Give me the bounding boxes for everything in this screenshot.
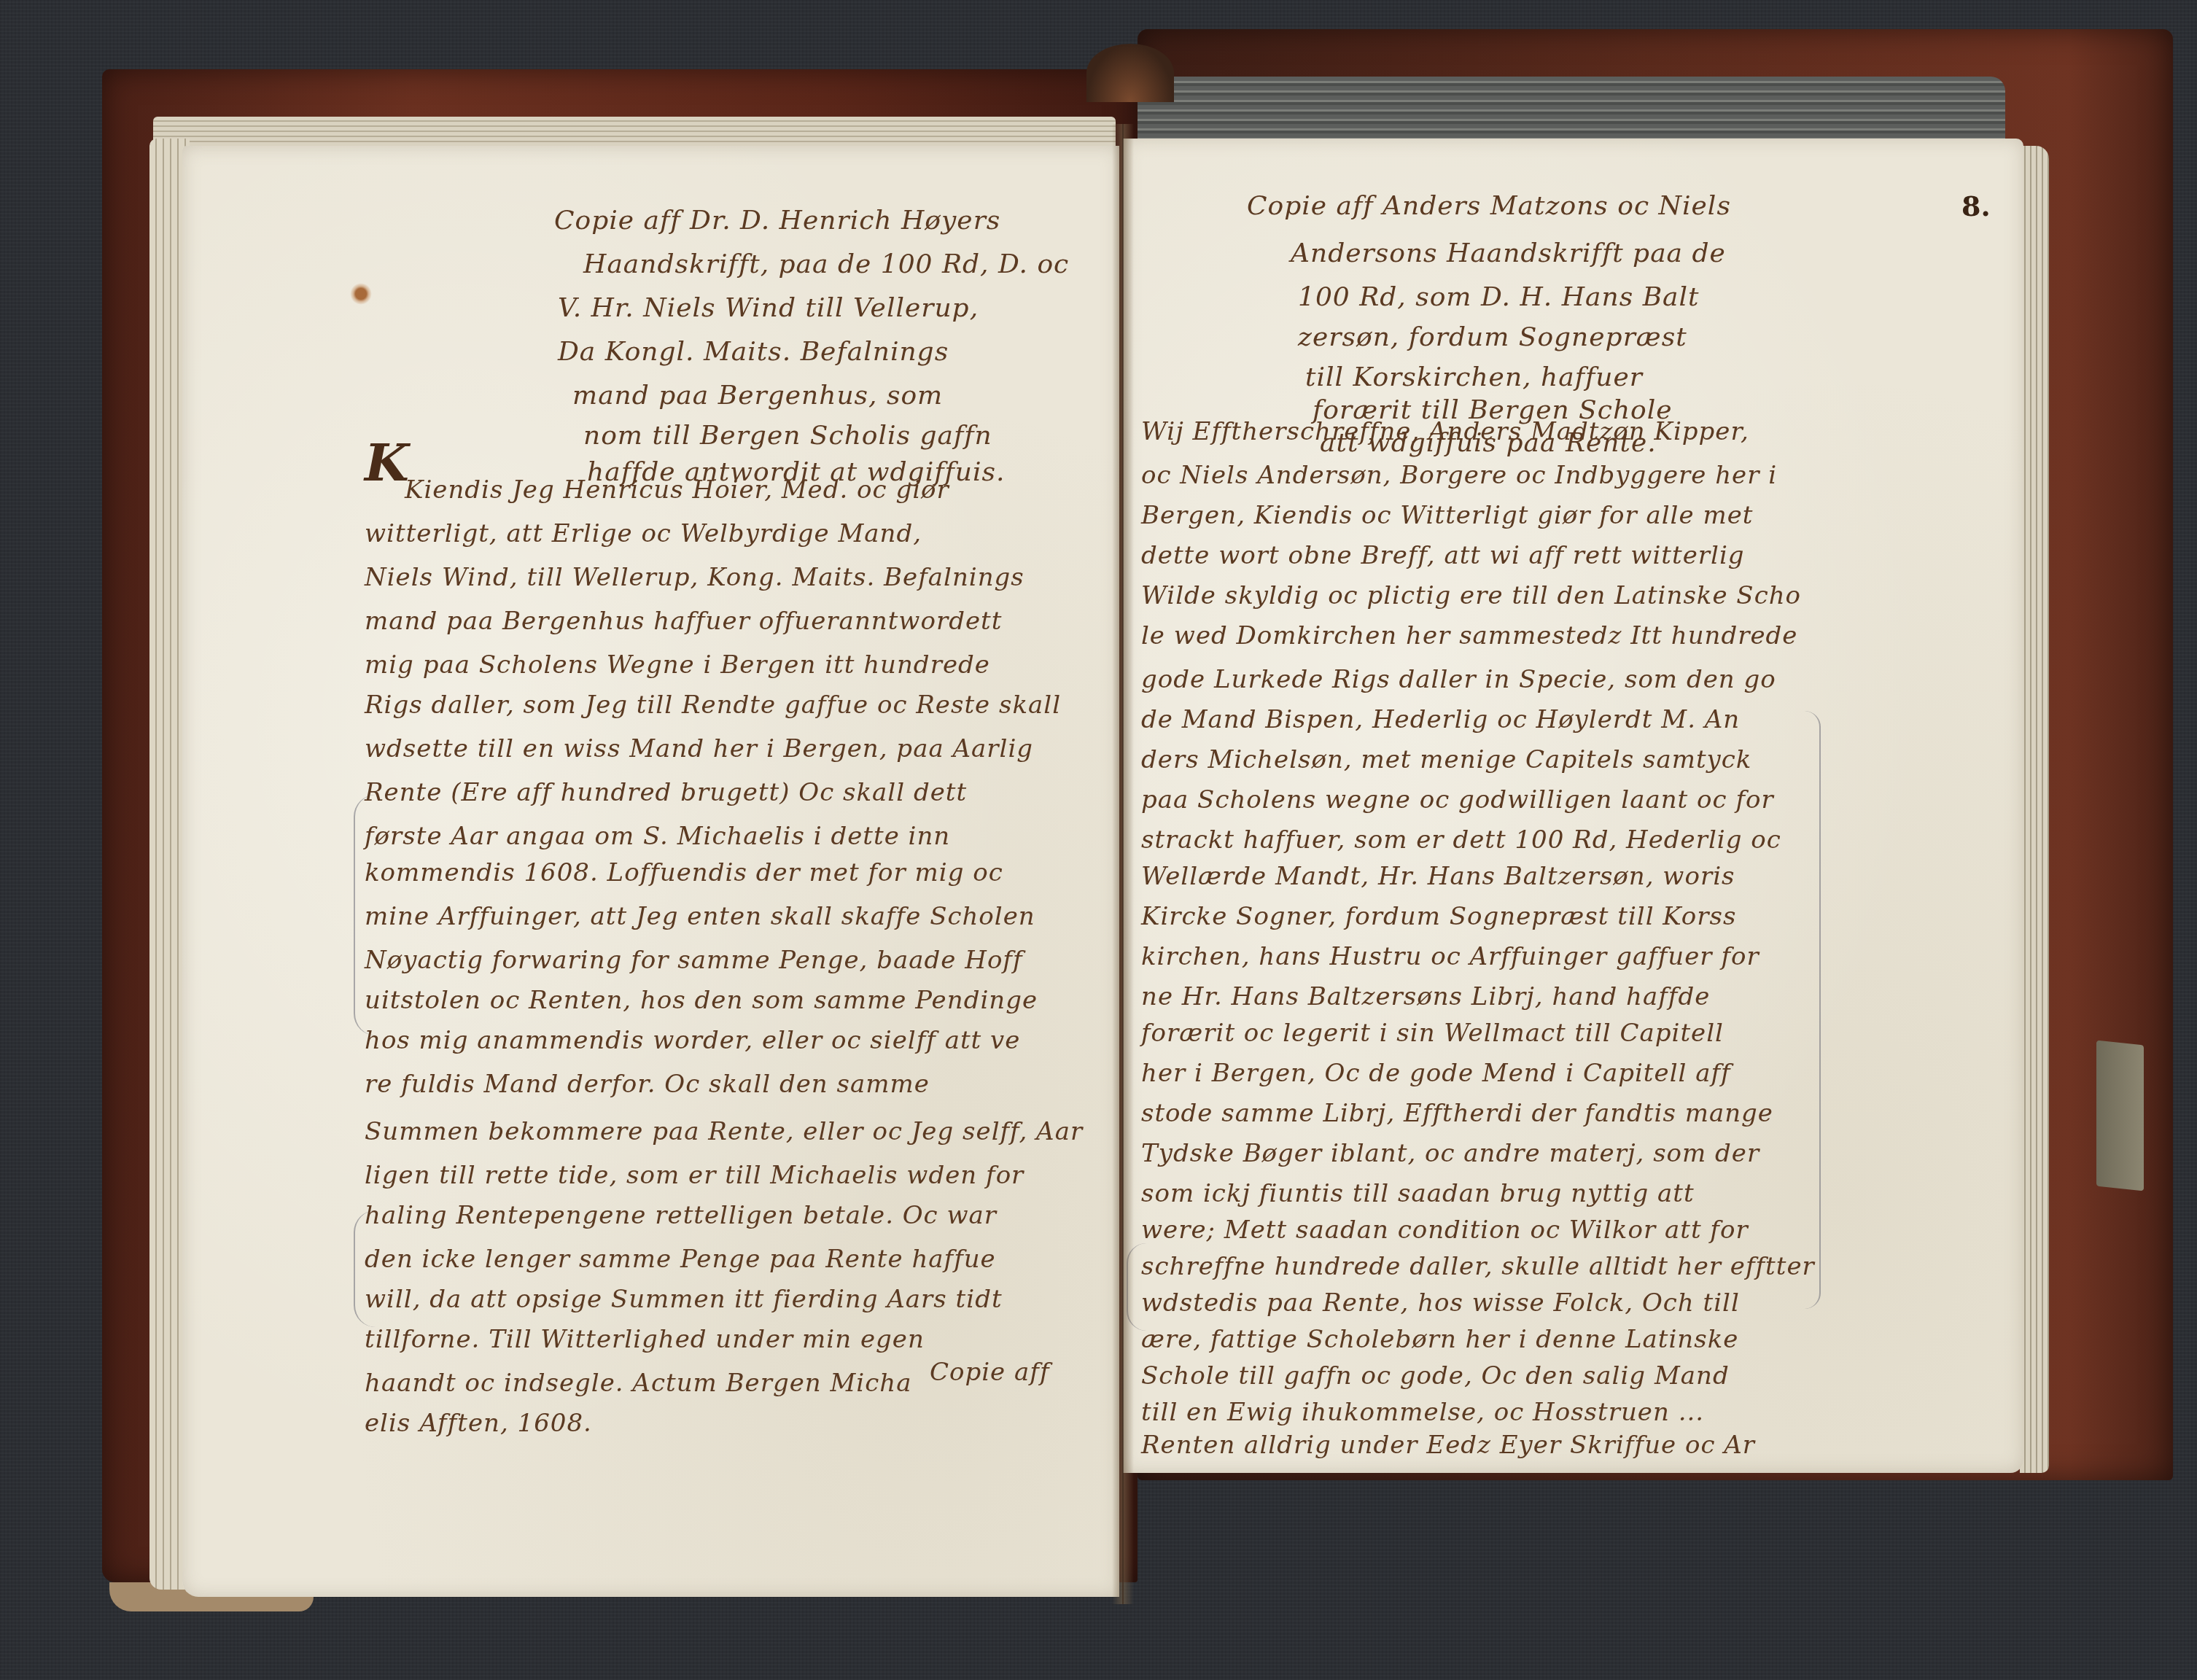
heading-line: nom till Bergen Scholis gaffn xyxy=(583,423,992,449)
heading-line: mand paa Bergenhus, som xyxy=(572,383,943,409)
body-line: ligen till rette tide, som er till Micha… xyxy=(365,1163,1024,1188)
body-line: hos mig anammendis worder, eller oc siel… xyxy=(365,1028,1020,1053)
foxing-stain xyxy=(350,283,372,305)
body-line: wdstedis paa Rente, hos wisse Folck, Och… xyxy=(1141,1291,1740,1315)
body-line: ne Hr. Hans Baltzersøns Librj, hand haff… xyxy=(1141,984,1710,1009)
body-line: her i Bergen, Oc de gode Mend i Capitell… xyxy=(1141,1061,1731,1086)
body-line: stode samme Librj, Efftherdi der fandtis… xyxy=(1141,1101,1773,1126)
body-line: første Aar angaa om S. Michaelis i dette… xyxy=(365,824,950,849)
body-line: Kircke Sogner, fordum Sognepræst till Ko… xyxy=(1141,904,1736,929)
body-line: uitstolen oc Renten, hos den som samme P… xyxy=(365,988,1038,1013)
body-line: mig paa Scholens Wegne i Bergen itt hund… xyxy=(365,653,990,677)
body-line: dette wort obne Breff, att wi aff rett w… xyxy=(1141,543,1745,568)
body-line: mine Arffuinger, att Jeg enten skall ska… xyxy=(365,904,1035,929)
body-line: mand paa Bergenhus haffuer offueranntwor… xyxy=(365,609,1002,634)
body-line: Rente (Ere aff hundred brugett) Oc skall… xyxy=(365,780,967,805)
right-page-stack xyxy=(2020,146,2049,1473)
body-line: were; Mett saadan condition oc Wilkor at… xyxy=(1141,1218,1749,1242)
body-line: Bergen, Kiendis oc Witterligt giør for a… xyxy=(1141,503,1753,528)
body-line: de Mand Bispen, Hederlig oc Høylerdt M. … xyxy=(1141,707,1740,732)
body-line: elis Afften, 1608. xyxy=(365,1411,592,1436)
catchword: Copie aff xyxy=(930,1360,1050,1385)
page-number: 8. xyxy=(1961,190,1991,222)
heading-line: 100 Rd, som D. H. Hans Balt xyxy=(1298,284,1700,311)
body-line: haling Rentepengene rettelligen betale. … xyxy=(365,1203,997,1228)
book-gutter xyxy=(1112,124,1134,1604)
body-line: kirchen, hans Hustru oc Arffuinger gaffu… xyxy=(1141,944,1759,969)
heading-line: Haandskrifft, paa de 100 Rd, D. oc xyxy=(583,252,1069,278)
body-line: gode Lurkede Rigs daller in Specie, som … xyxy=(1141,667,1776,692)
body-line: wdsette till en wiss Mand her i Bergen, … xyxy=(365,736,1033,761)
body-line: Nøyactig forwaring for samme Penge, baad… xyxy=(365,948,1023,973)
body-line: re fuldis Mand derfor. Oc skall den samm… xyxy=(365,1072,930,1097)
body-line: paa Scholens wegne oc godwilligen laant … xyxy=(1141,787,1774,812)
body-line: Niels Wind, till Wellerup, Kong. Maits. … xyxy=(365,565,1024,590)
right-page-edges-top xyxy=(1138,77,2005,139)
body-line: Renten alldrig under Eedz Eyer Skriffue … xyxy=(1141,1433,1755,1458)
heading-line: Da Kongl. Maits. Befalnings xyxy=(558,339,949,365)
body-line: den icke lenger samme Penge paa Rente ha… xyxy=(365,1247,996,1272)
decorated-initial: K xyxy=(365,432,410,493)
body-line: Summen bekommere paa Rente, eller oc Jeg… xyxy=(365,1119,1083,1144)
body-line: Kiendis Jeg Henricus Hoier, Med. oc giør xyxy=(405,478,949,502)
body-line: kommendis 1608. Loffuendis der met for m… xyxy=(365,860,1003,885)
body-line: ære, fattige Scholebørn her i denne Lati… xyxy=(1141,1327,1738,1352)
body-line: witterligt, att Erlige oc Welbyrdige Man… xyxy=(365,521,922,546)
heading-line: Andersons Haandskrifft paa de xyxy=(1291,241,1726,267)
body-line: Tydske Bøger iblant, oc andre materj, so… xyxy=(1141,1141,1759,1166)
body-line: haandt oc indsegle. Actum Bergen Micha xyxy=(365,1371,911,1396)
body-line: strackt haffuer, som er dett 100 Rd, Hed… xyxy=(1141,828,1781,852)
body-line: Wij Efftherschreffne, Anders Madtzøn Kip… xyxy=(1141,419,1749,444)
body-line: Wellærde Mandt, Hr. Hans Baltzersøn, wor… xyxy=(1141,864,1735,889)
body-line: Rigs daller, som Jeg till Rendte gaffue … xyxy=(365,693,1061,717)
body-line: Wilde skyldig oc plictig ere till den La… xyxy=(1141,583,1801,608)
body-line: forærit oc legerit i sin Wellmact till C… xyxy=(1141,1021,1724,1046)
heading-line: V. Hr. Niels Wind till Vellerup, xyxy=(558,295,979,322)
margin-bracket-mark xyxy=(1805,711,1821,1309)
body-line: le wed Domkirchen her sammestedz Itt hun… xyxy=(1141,623,1797,648)
heading-line: till Korskirchen, haffuer xyxy=(1305,365,1643,391)
heading-line: Copie aff Dr. D. Henrich Høyers xyxy=(554,208,1000,234)
body-line: schreffne hundrede daller, skulle alltid… xyxy=(1141,1254,1815,1279)
spine-headcap xyxy=(1086,44,1174,102)
body-line: ders Michelsøn, met menige Capitels samt… xyxy=(1141,747,1751,772)
body-line: till en Ewig ihukommelse, oc Hosstruen .… xyxy=(1141,1400,1704,1425)
torn-cover-flap xyxy=(2096,1041,2144,1191)
left-page-edges-top xyxy=(153,117,1116,149)
heading-line: zersøn, fordum Sognepræst xyxy=(1298,324,1687,351)
body-line: Schole till gaffn oc gode, Oc den salig … xyxy=(1141,1364,1730,1388)
heading-line: Copie aff Anders Matzons oc Niels xyxy=(1247,193,1731,219)
body-line: oc Niels Andersøn, Borgere oc Indbyggere… xyxy=(1141,463,1777,488)
body-line: will, da att opsige Summen itt fierding … xyxy=(365,1287,1003,1312)
body-line: tillforne. Till Witterlighed under min e… xyxy=(365,1327,925,1352)
body-line: som ickj fiuntis till saadan brug nyttig… xyxy=(1141,1181,1695,1206)
